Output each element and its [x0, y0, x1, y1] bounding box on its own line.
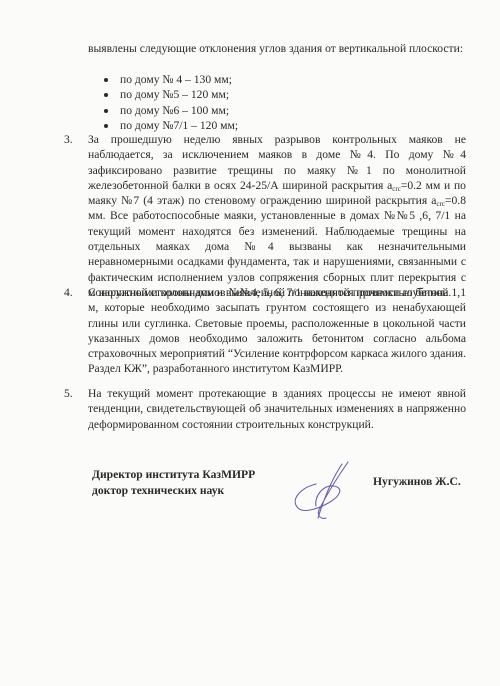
handwritten-signature-icon	[290, 458, 370, 528]
list-item: по дому №6 – 100 мм;	[104, 103, 238, 118]
list-item: по дому №7/1 – 120 мм;	[104, 118, 238, 133]
list-item: по дому № 4 – 130 мм;	[104, 72, 238, 87]
numbered-item-3: 3. За прошедшую неделю явных разрывов ко…	[64, 132, 466, 300]
list-item: по дому №5 – 120 мм;	[104, 87, 238, 102]
numbered-item-5: 5. На текущий момент протекающие в здани…	[64, 386, 466, 432]
item-number: 5.	[64, 386, 86, 401]
item-text: За прошедшую неделю явных разрывов контр…	[88, 132, 466, 300]
item-number: 3.	[64, 132, 86, 147]
item-text: На текущий момент протекающие в зданиях …	[88, 386, 466, 432]
item-text: С наружной стороны домов №№4, 5, 6, 7/1 …	[88, 285, 466, 377]
signatory-position: Директор института КазМИРР	[92, 467, 255, 483]
numbered-item-4: 4. С наружной стороны домов №№4, 5, 6, 7…	[64, 285, 466, 377]
deviation-list: по дому № 4 – 130 мм; по дому №5 – 120 м…	[104, 72, 238, 133]
document-page: выявлены следующие отклонения углов здан…	[0, 0, 500, 686]
signatory-name: Нугужинов Ж.С.	[373, 474, 461, 490]
item-number: 4.	[64, 285, 86, 300]
signatory-title: Директор института КазМИРР доктор технич…	[92, 467, 255, 498]
signatory-degree: доктор технических наук	[92, 483, 255, 499]
intro-paragraph: выявлены следующие отклонения углов здан…	[88, 41, 466, 56]
